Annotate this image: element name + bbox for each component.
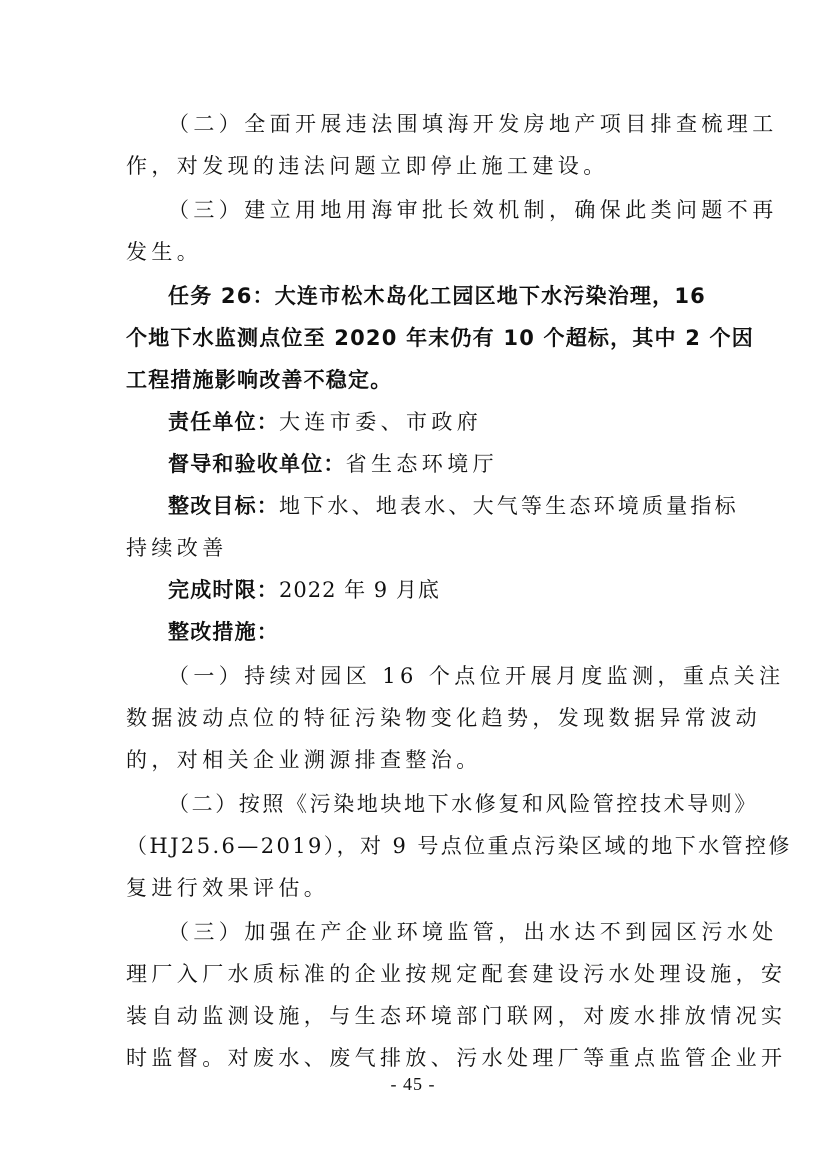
paragraph-line: 发生。 — [126, 238, 202, 266]
rectification-goal-field: 整改目标：地下水、地表水、大气等生态环境质量指标 — [168, 492, 739, 520]
paragraph-line: 的，对相关企业溯源排查整治。 — [126, 746, 482, 774]
field-label: 整改措施： — [168, 620, 279, 644]
paragraph-line: 时监督。对废水、废气排放、污水处理厂等重点监管企业开 — [126, 1044, 786, 1072]
paragraph-line: 作，对发现的违法问题立即停止施工建设。 — [126, 152, 609, 180]
measures-heading: 整改措施： — [168, 618, 279, 646]
paragraph-line: （一）持续对园区 16 个点位开展月度监测，重点关注 — [168, 662, 784, 690]
paragraph-line: （二）全面开展违法围填海开发房地产项目排查梳理工 — [168, 110, 778, 138]
paragraph-line: （HJ25.6—2019），对 9 号点位重点污染区域的地下水管控修 — [126, 832, 792, 860]
field-label: 完成时限： — [168, 578, 279, 602]
paragraph-line: （三）建立用地用海审批长效机制，确保此类问题不再 — [168, 196, 778, 224]
paragraph-line: （三）加强在产企业环境监管，出水达不到园区污水处 — [168, 918, 778, 946]
task-heading-line: 工程措施影响改善不稳定。 — [126, 366, 392, 394]
field-value: 地下水、地表水、大气等生态环境质量指标 — [279, 494, 739, 518]
field-label: 督导和验收单位： — [168, 452, 346, 476]
field-value: 大连市委、市政府 — [279, 410, 482, 434]
task-heading-line: 个地下水监测点位至 2020 年末仍有 10 个超标，其中 2 个因 — [126, 324, 754, 352]
field-label: 整改目标： — [168, 494, 279, 518]
field-label: 责任单位： — [168, 410, 279, 434]
paragraph-line: 持续改善 — [126, 534, 228, 562]
page-number: - 45 - — [0, 1074, 826, 1095]
field-value: 省生态环境厅 — [346, 452, 498, 476]
paragraph-line: 复进行效果评估。 — [126, 874, 329, 902]
field-value: 2022 年 9 月底 — [279, 578, 440, 602]
task-heading-line: 任务 26：大连市松木岛化工园区地下水污染治理，16 — [168, 282, 706, 310]
paragraph-line: （二）按照《污染地块地下水修复和风险管控技术导则》 — [168, 790, 758, 818]
paragraph-line: 数据波动点位的特征污染物变化趋势，发现数据异常波动 — [126, 704, 761, 732]
supervising-unit-field: 督导和验收单位：省生态环境厅 — [168, 450, 498, 478]
paragraph-line: 理厂入厂水质标准的企业按规定配套建设污水处理设施，安 — [126, 960, 786, 988]
deadline-field: 完成时限：2022 年 9 月底 — [168, 576, 440, 604]
responsible-unit-field: 责任单位：大连市委、市政府 — [168, 408, 482, 436]
paragraph-line: 装自动监测设施，与生态环境部门联网，对废水排放情况实 — [126, 1002, 786, 1030]
